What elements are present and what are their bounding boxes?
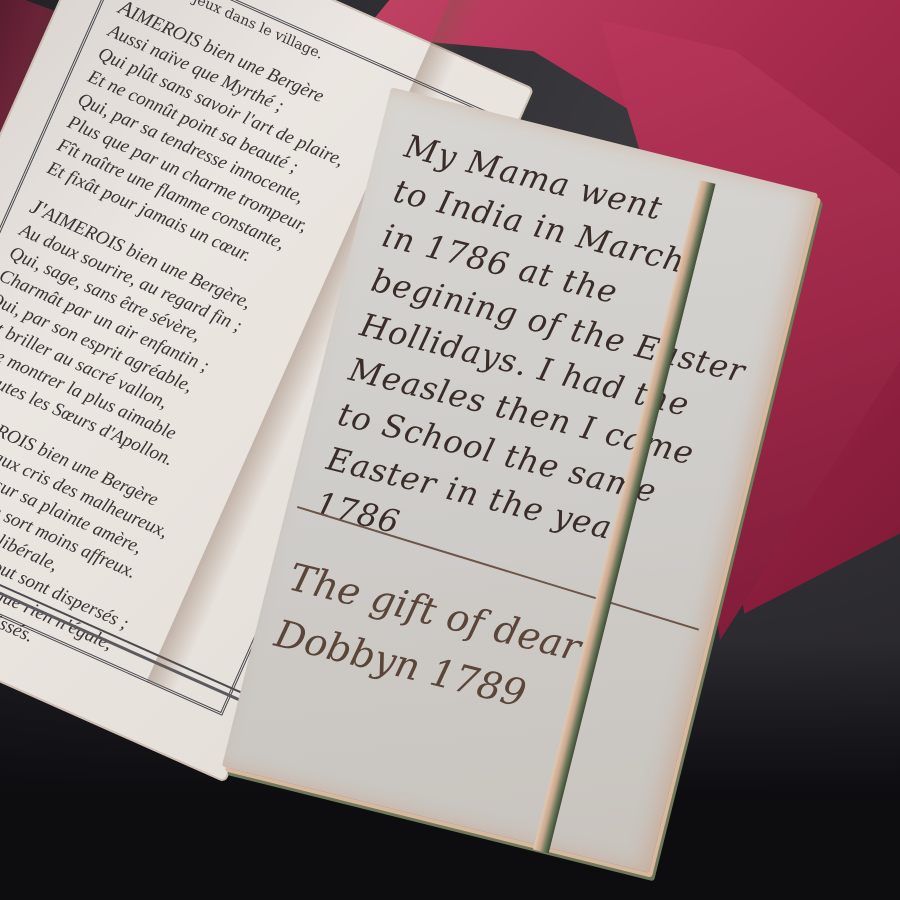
handwritten-inscription: My Mama went to India in March in 1786 a…	[311, 123, 795, 621]
photo-scene: Avec les jeux dans le village. 10 AIMERO…	[0, 0, 900, 900]
open-book: Avec les jeux dans le village. 10 AIMERO…	[0, 0, 900, 900]
